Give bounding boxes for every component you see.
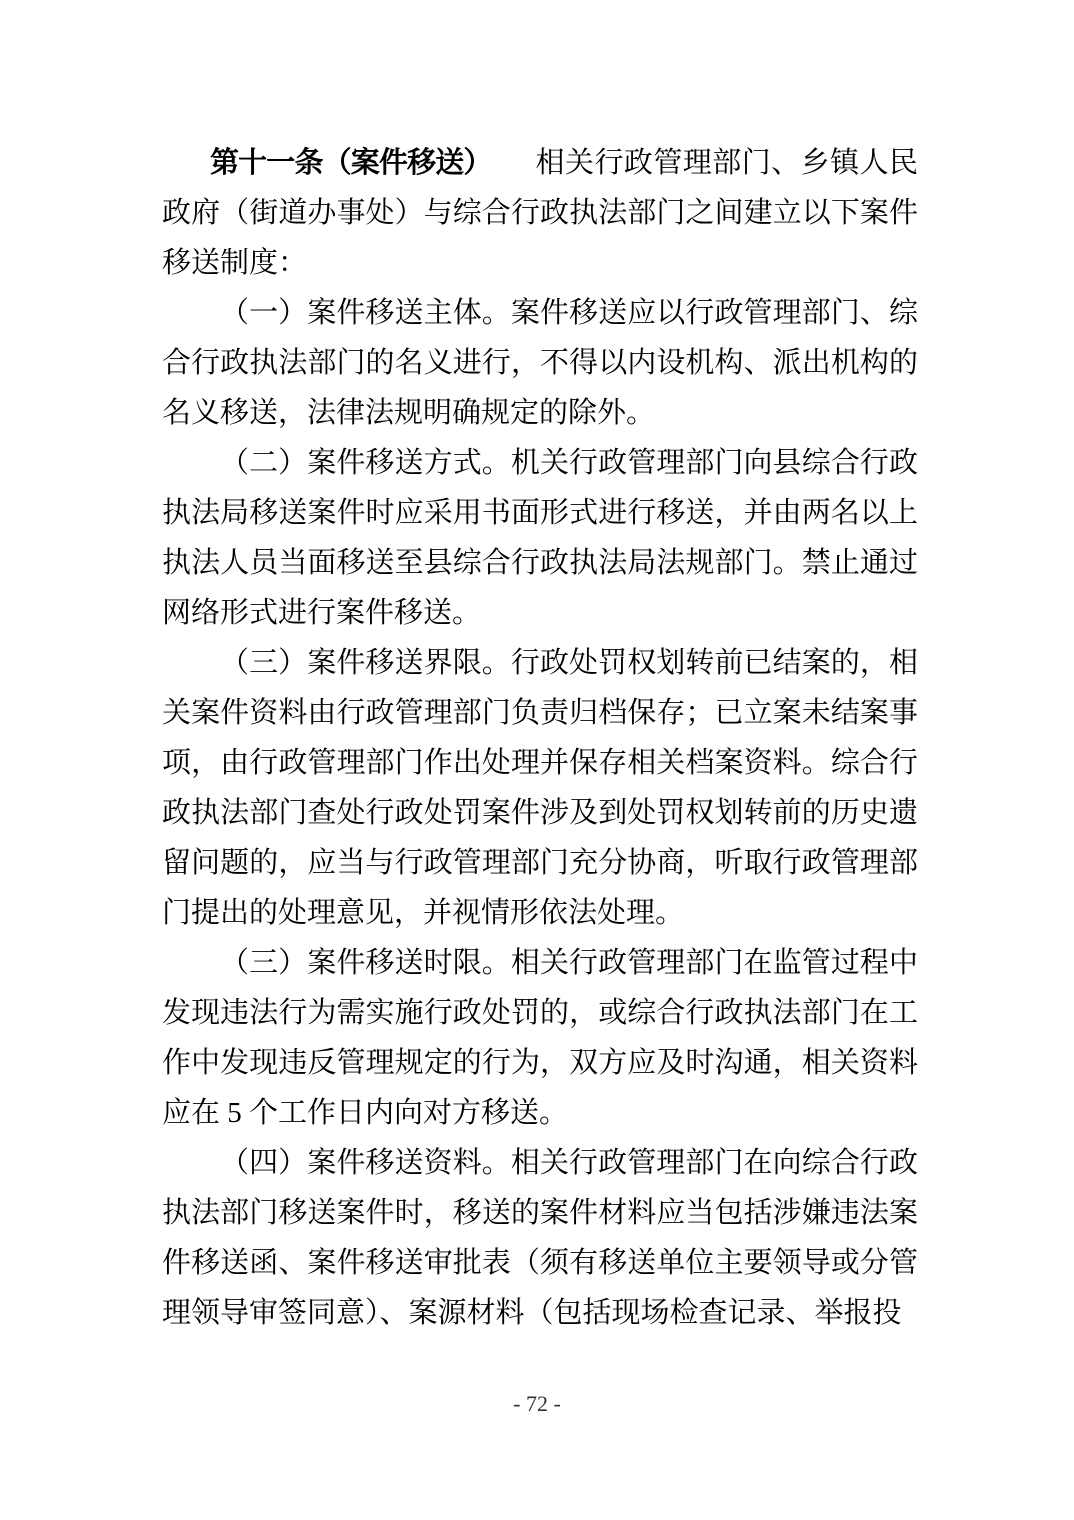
item-paragraph-3: （三）案件移送界限。行政处罚权划转前已结案的，相关案件资料由行政管理部门负责归档…	[162, 638, 918, 938]
item-paragraph-5: （四）案件移送资料。相关行政管理部门在向综合行政执法部门移送案件时，移送的案件材…	[162, 1138, 918, 1338]
text-block: 第十一条（案件移送）相关行政管理部门、乡镇人民政府（街道办事处）与综合行政执法部…	[162, 138, 918, 1338]
item-paragraph-1: （一）案件移送主体。案件移送应以行政管理部门、综合行政执法部门的名义进行，不得以…	[162, 288, 918, 438]
page-number: - 72 -	[0, 1390, 1074, 1418]
item-paragraph-4: （三）案件移送时限。相关行政管理部门在监管过程中发现违法行为需实施行政处罚的，或…	[162, 938, 918, 1138]
item-paragraph-2: （二）案件移送方式。机关行政管理部门向县综合行政执法局移送案件时应采用书面形式进…	[162, 438, 918, 638]
article-heading: 第十一条（案件移送）	[210, 147, 492, 179]
document-page: 第十一条（案件移送）相关行政管理部门、乡镇人民政府（街道办事处）与综合行政执法部…	[0, 0, 1074, 1520]
article-paragraph: 第十一条（案件移送）相关行政管理部门、乡镇人民政府（街道办事处）与综合行政执法部…	[162, 138, 918, 288]
